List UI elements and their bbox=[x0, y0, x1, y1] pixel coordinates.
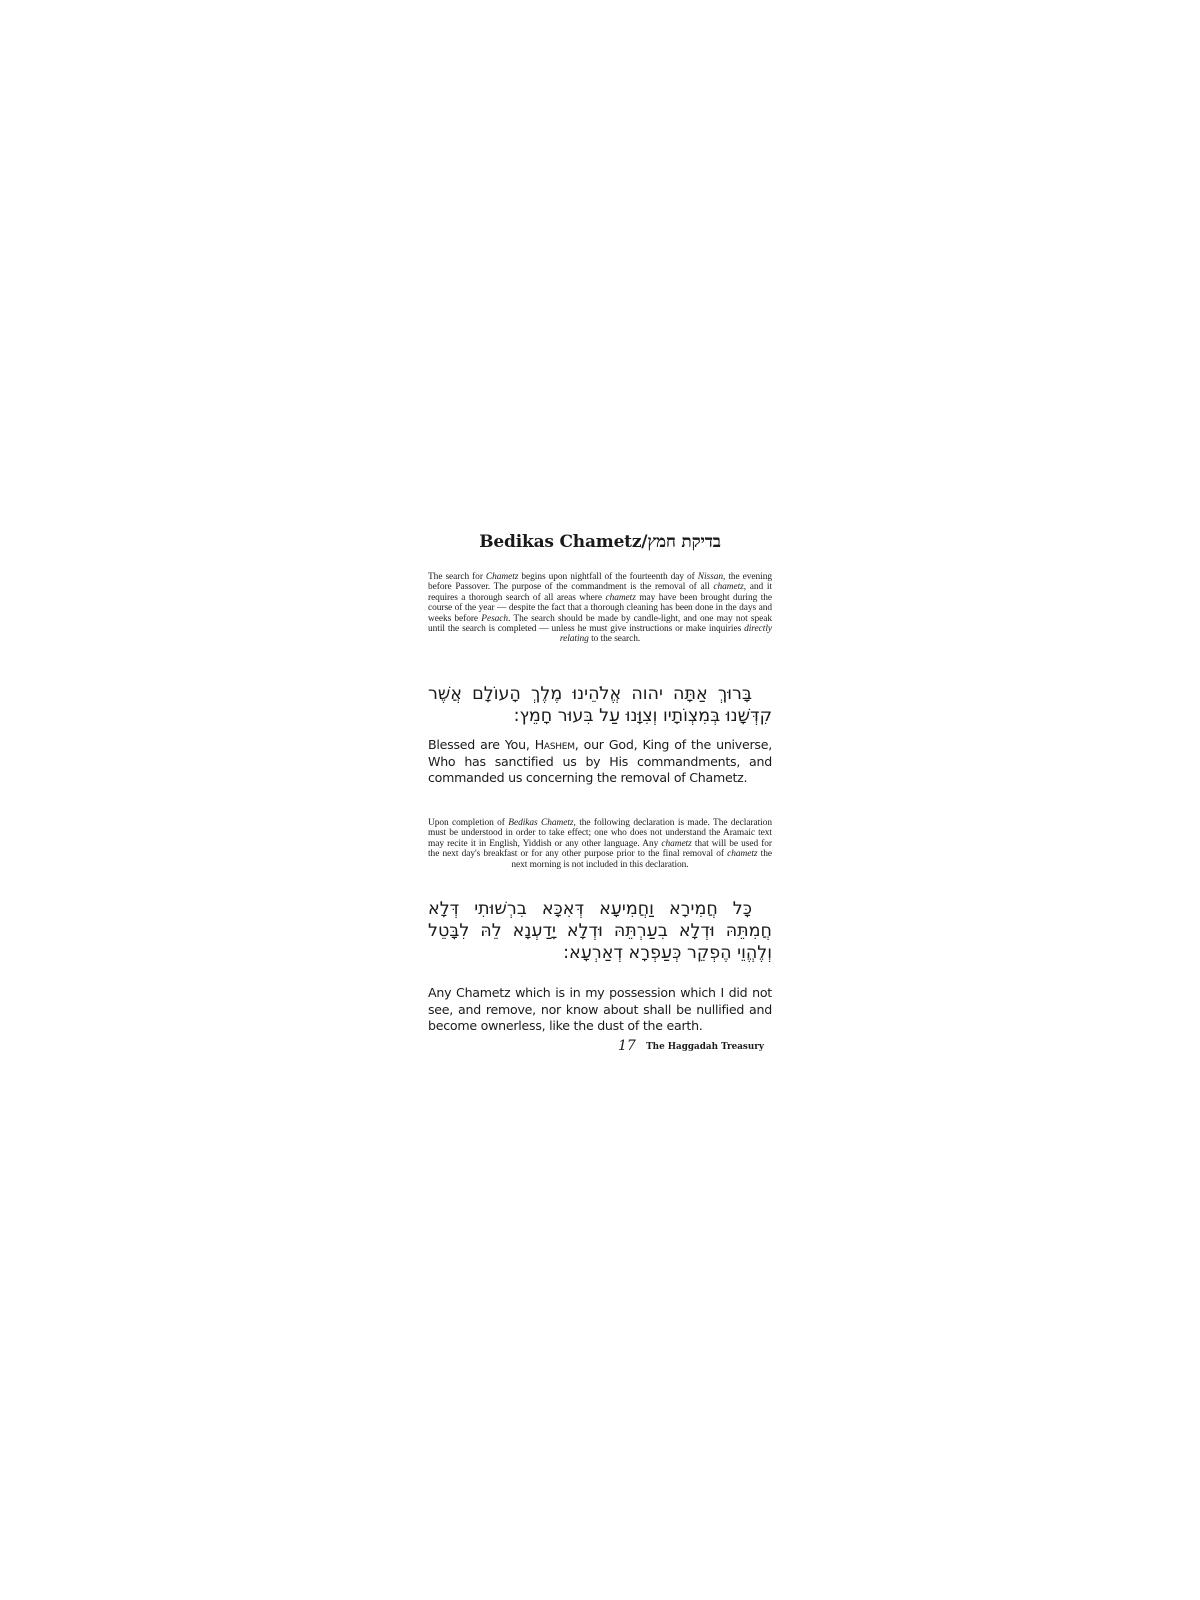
english-blessing: Blessed are You, Hashem, our God, King o… bbox=[428, 737, 772, 787]
hebrew-blessing: בָּרוּךְ אַתָּה יהוה אֱלֹהֵינוּ מֶלֶךְ ה… bbox=[428, 683, 772, 727]
search-instructions: The search for Chametz begins upon night… bbox=[428, 572, 772, 645]
divine-name: Hashem bbox=[535, 737, 575, 752]
book-title: The Haggadah Treasury bbox=[646, 1042, 764, 1052]
hebrew-declaration: כָּל חֲמִירָא וַחֲמִיעָא דְּאִכָּא בִרְש… bbox=[428, 898, 772, 964]
declaration-instructions: Upon completion of Bedikas Chametz, the … bbox=[428, 818, 772, 870]
page-title: Bedikas Chametz/בדיקת חמץ bbox=[428, 532, 772, 552]
page-footer: 17 The Haggadah Treasury bbox=[428, 1038, 772, 1060]
page-number: 17 bbox=[618, 1038, 636, 1054]
english-declaration: Any Chametz which is in my possession wh… bbox=[428, 985, 772, 1035]
